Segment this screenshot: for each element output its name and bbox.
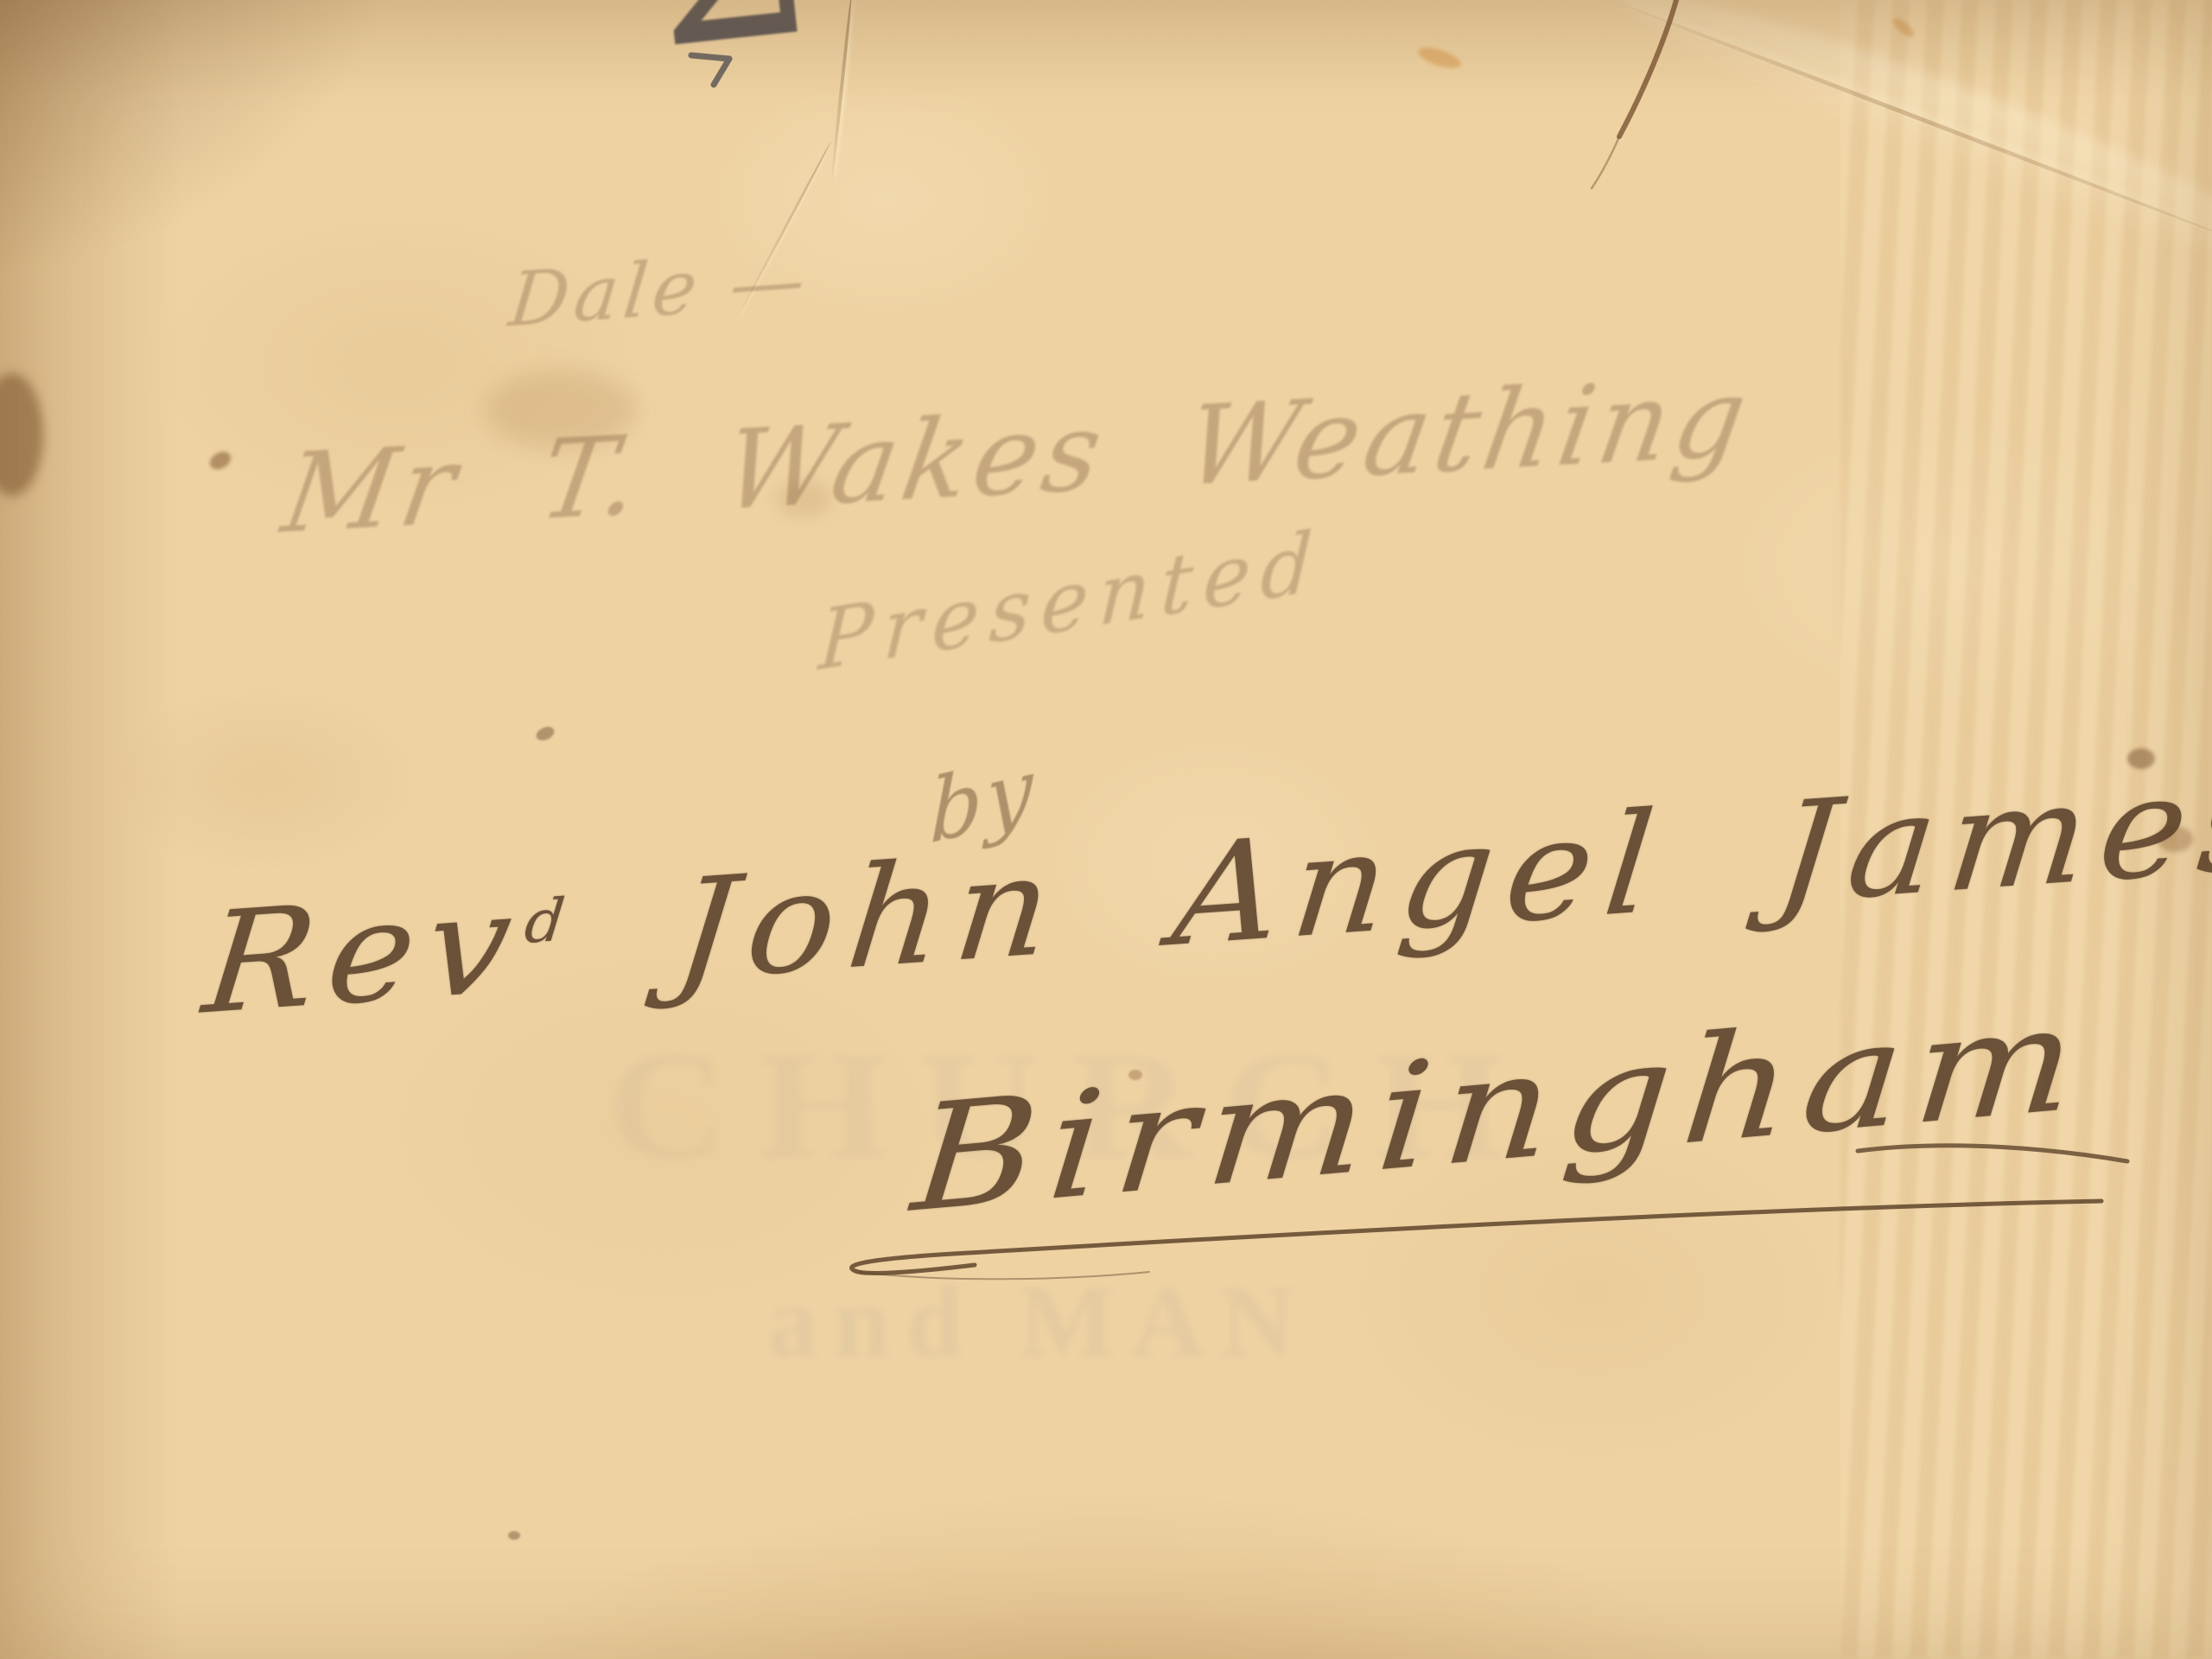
birmingham-trailing-stroke-icon xyxy=(1858,1146,2127,1161)
paper-left-shading xyxy=(0,0,181,1659)
paper-stain xyxy=(1128,1070,1142,1080)
paper-stain xyxy=(1415,43,1463,72)
pencil-numeral-2: 2 xyxy=(632,0,829,108)
ghost-showthrough-lower: and MAN xyxy=(767,1263,1310,1381)
paper-stain xyxy=(484,370,636,449)
paper-stain xyxy=(207,448,234,474)
ink-speck xyxy=(534,724,556,743)
paper-crease xyxy=(734,141,832,321)
stray-marks-layer xyxy=(0,0,2212,1659)
corner-fold-highlight xyxy=(1613,0,2212,292)
inscription-line-presented: Presented xyxy=(817,514,1325,690)
inscription-line-dale: Dale — xyxy=(505,236,815,344)
rev-line-rest: John Angel James xyxy=(556,737,2212,1020)
inscription-line-recipient: Mr T. Wakes Weathing xyxy=(275,353,1759,557)
rev-abbreviation: Rev xyxy=(197,860,531,1046)
paper-mottling xyxy=(0,0,2212,1659)
book-endpaper-photo: CHURCH and MAN 2 Dale — Mr T. Wakes Weat… xyxy=(0,0,2212,1659)
paper-fiber-streaks xyxy=(1840,0,2212,1659)
paper-stain xyxy=(2127,748,2155,769)
ghost-showthrough-upper: CHURCH xyxy=(607,1016,1535,1194)
photo-vignette xyxy=(0,0,2212,1659)
flourish-layer xyxy=(0,0,2212,1659)
corner-fold-crease xyxy=(1592,0,2212,237)
rev-superscript: d xyxy=(522,886,570,957)
inscription-line-birmingham: Birmingham xyxy=(906,971,2094,1245)
underline-flourish-icon xyxy=(852,1201,2101,1279)
pencil-tick-icon xyxy=(691,55,729,85)
paper-stain xyxy=(0,373,43,496)
paper-stain xyxy=(2157,826,2193,852)
paper-stain xyxy=(1891,16,1917,40)
inscription-line-by: by xyxy=(929,738,1037,864)
paper-stain xyxy=(776,480,831,517)
inscription-line-rev-john-angel-james: Revd John Angel James xyxy=(197,737,2212,1046)
diagonal-ink-stroke-icon xyxy=(1592,0,1676,188)
paper-stain xyxy=(508,1531,520,1540)
paper-crease xyxy=(830,0,853,181)
